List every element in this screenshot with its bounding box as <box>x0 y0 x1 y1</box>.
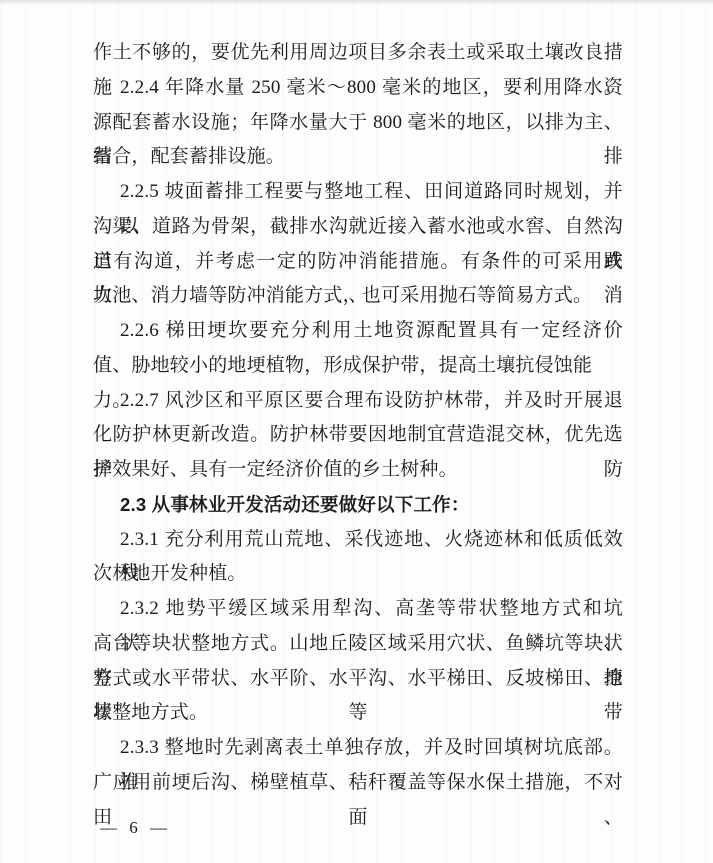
text-line: 次林地开发种植。 <box>93 557 623 592</box>
text-line: 2.3.2 地势平缓区域采用犁沟、高垄等带状整地方式和坑状、 <box>93 592 623 627</box>
text-line: 作土不够的，要优先利用周边项目多余表土或采取土壤改良措施。 <box>93 36 623 71</box>
text-line: 源配套蓄水设施；年降水量大于 800 毫米的地区，以排为主、蓄排 <box>93 106 623 141</box>
page-number: — 6 — <box>100 818 171 838</box>
text-line: 值、胁地较小的地埂植物，形成保护带，提高土壤抗侵蚀能力。 <box>93 349 623 384</box>
text-line: 2.3.1 充分利用荒山荒地、采伐迹地、火烧迹林和低质低效残 <box>93 523 623 558</box>
text-line: 2.3 从事林业开发活动还要做好以下工作： <box>93 488 623 523</box>
text-line: 高台等块状整地方式。山地丘陵区域采用穴状、鱼鳞坑等块状整地 <box>93 627 623 662</box>
text-line: 方式或水平带状、水平阶、水平沟、水平梯田、反坡梯田、撩壕等带 <box>93 662 623 697</box>
text-line: 力池、消力墙等防冲消能方式，也可采用抛石等简易方式。 <box>93 279 623 314</box>
text-line: 2.2.7 风沙区和平原区要合理布设防护林带，并及时开展退 <box>93 384 623 419</box>
text-line: 2.2.6 梯田埂坎要充分利用土地资源配置具有一定经济价 <box>93 314 623 349</box>
text-line: 2.3.3 整地时先剥离表土单独存放，并及时回填树坑底部。推 <box>93 731 623 766</box>
text-line: 2.2.5 坡面蓄排工程要与整地工程、田间道路同时规划，并以 <box>93 175 623 210</box>
document-text-block: 作土不够的，要优先利用周边项目多余表土或采取土壤改良措施。2.2.4 年降水量 … <box>93 36 623 801</box>
text-line: 2.2.4 年降水量 250 毫米～800 毫米的地区，要利用降水资 <box>93 71 623 106</box>
text-line: 沟渠、道路为骨架，截排水沟就近接入蓄水池或水窖、自然沟道或 <box>93 210 623 245</box>
document-page: 作土不够的，要优先利用周边项目多余表土或采取土壤改良措施。2.2.4 年降水量 … <box>0 0 713 863</box>
text-line: 已有沟道，并考虑一定的防冲消能措施。有条件的可采用跌坎、消 <box>93 245 623 280</box>
text-line: 化防护林更新改造。防护林带要因地制宜营造混交林，优先选择防 <box>93 418 623 453</box>
text-line: 广应用前埂后沟、梯壁植草、秸秆覆盖等保水保土措施，不对田面、 <box>93 766 623 801</box>
